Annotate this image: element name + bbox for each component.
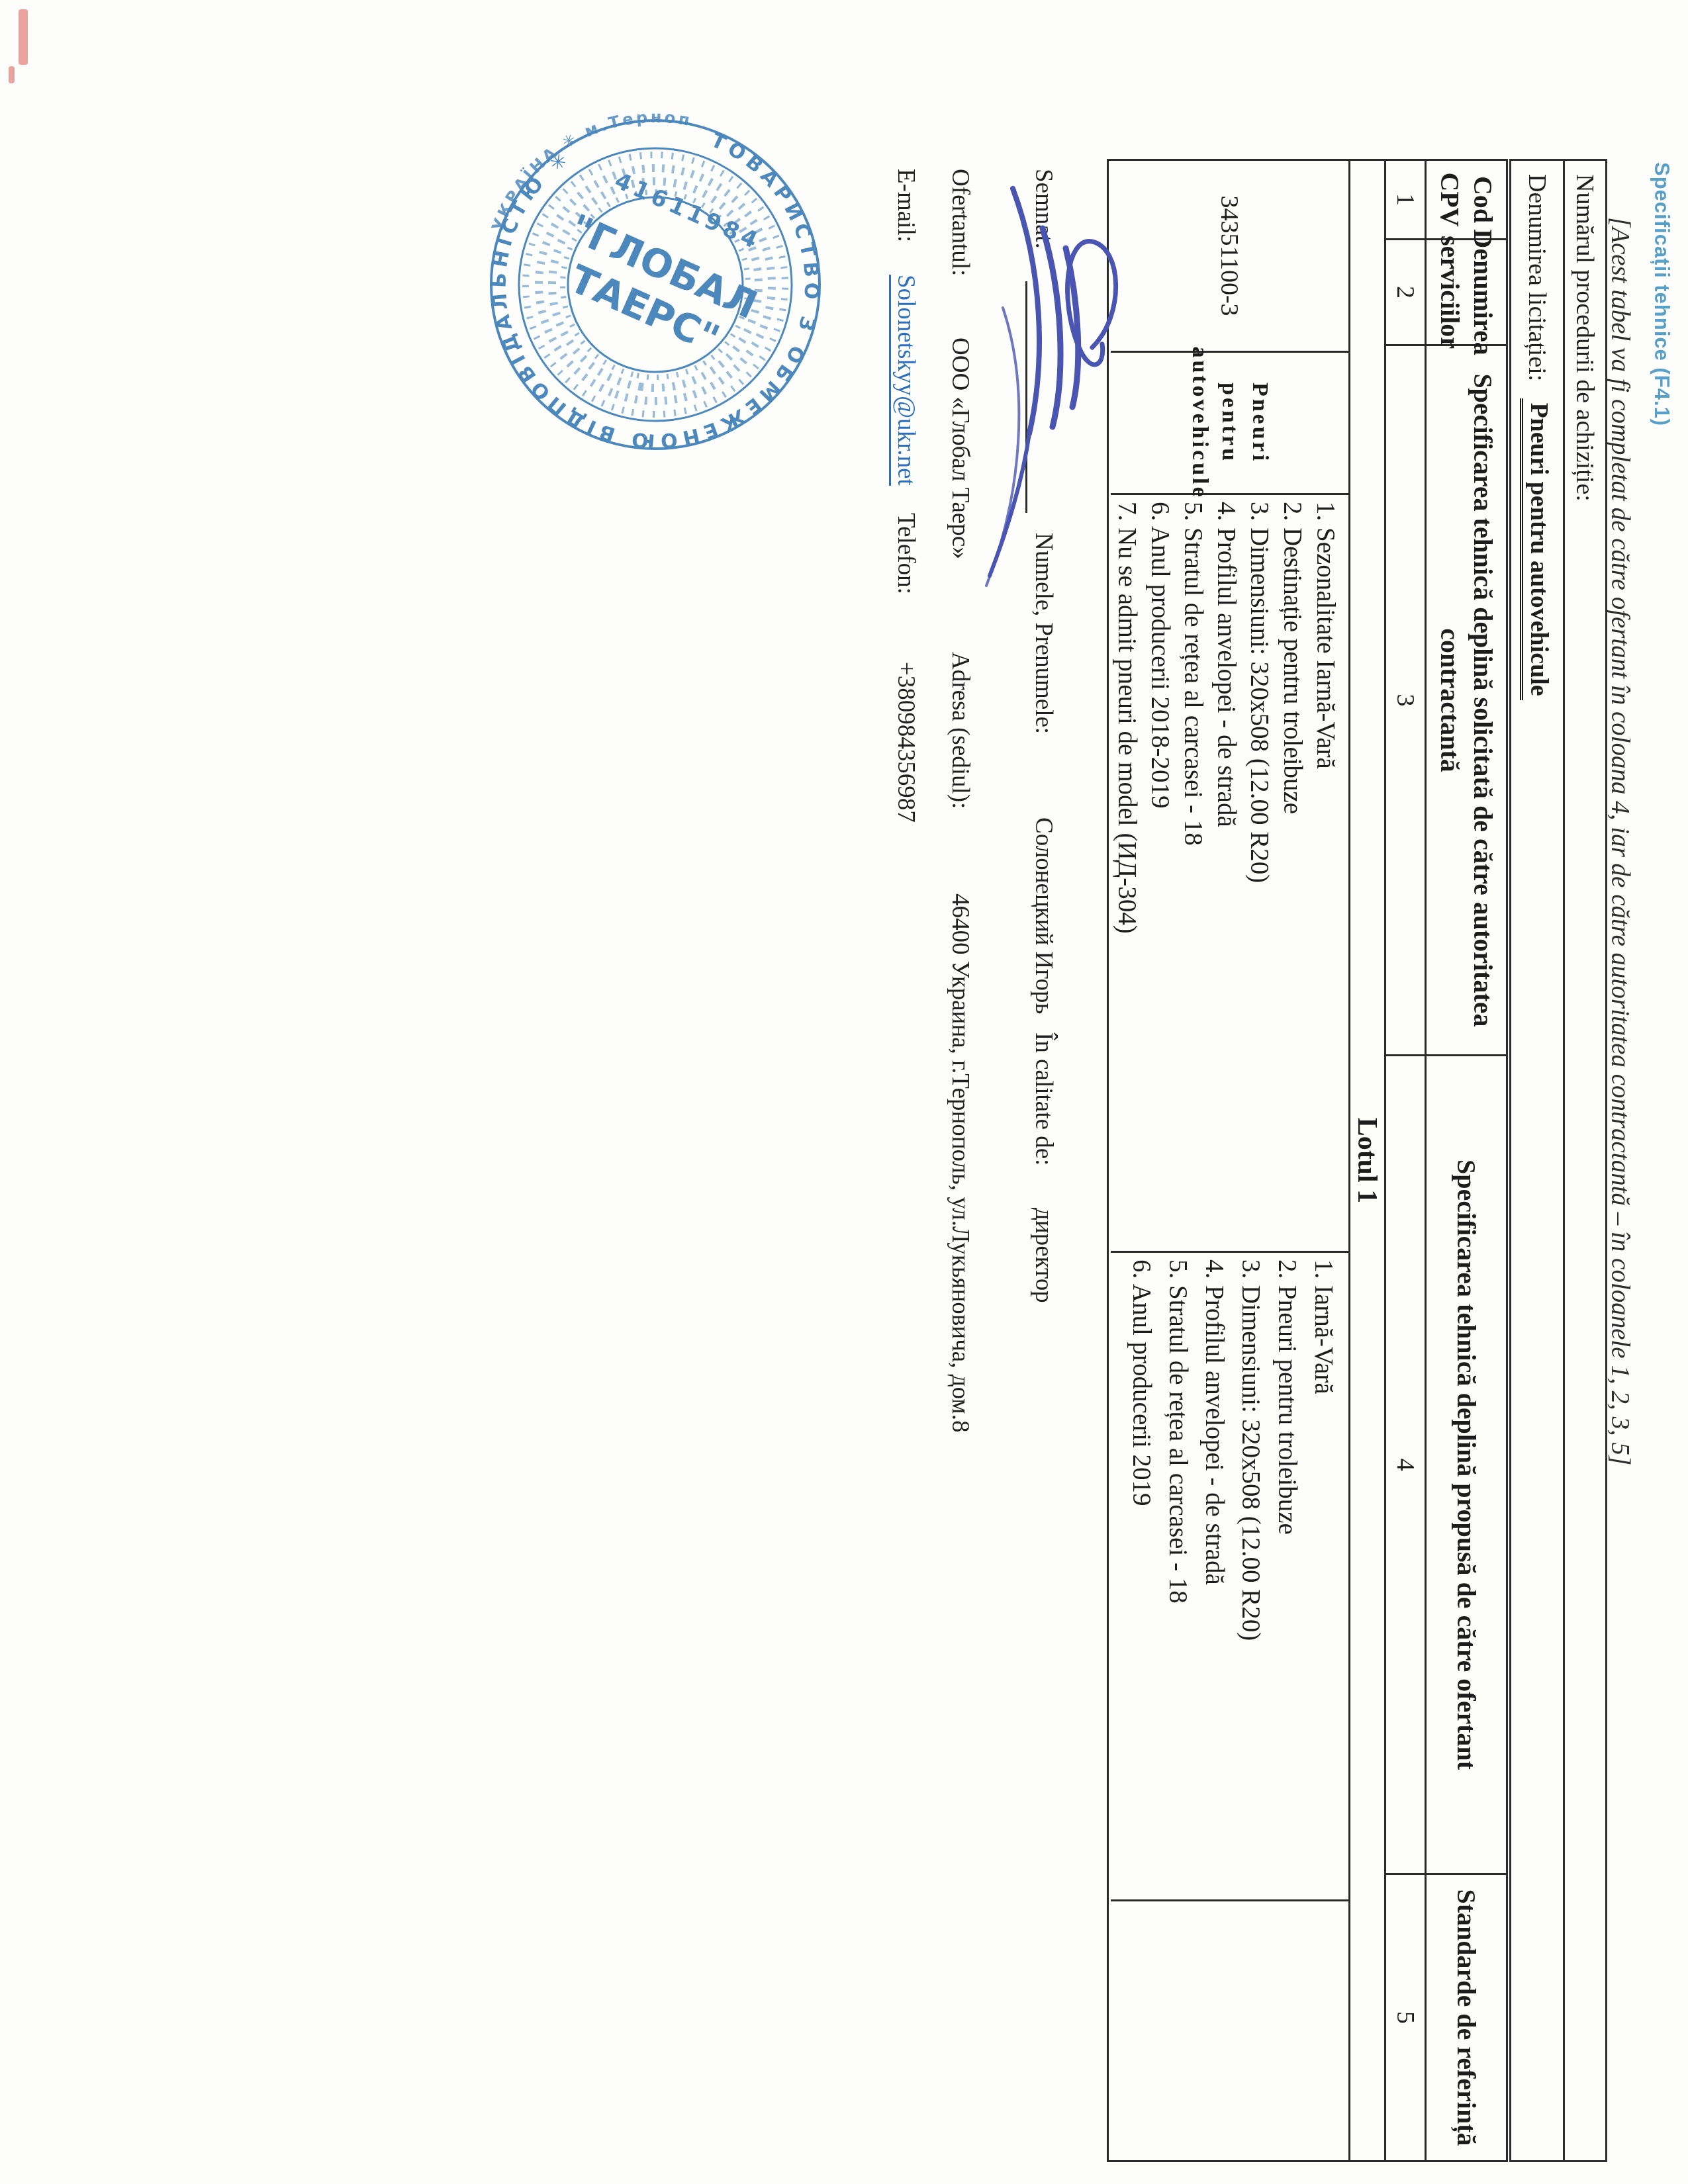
requested-spec-item: 4. Profilul anvelopei - de stradă xyxy=(1209,502,1243,827)
offered-spec-item: 5. Stratul de rețea al carcasei - 18 xyxy=(1160,1259,1196,1604)
phone-value: +380984356987 xyxy=(892,662,920,823)
name-value: Солонецкий Игорь xyxy=(1029,817,1058,1014)
service-name-line2: autovehicule xyxy=(1184,346,1215,499)
capacity-value: директор xyxy=(1029,1208,1058,1303)
requested-spec-item: 2. Destinație pentru troleibuze xyxy=(1276,502,1309,814)
standards-cell xyxy=(1111,1901,1348,2160)
header-standards: Standarde de referință xyxy=(1427,1875,1506,2160)
offered-spec-item: 4. Profilul anvelopei - de stradă xyxy=(1196,1259,1233,1585)
spec-table: Cod CPV Denumirea serviciilor Specificar… xyxy=(1107,159,1508,2162)
scan-artifact xyxy=(9,66,15,83)
procedure-box: Numărul procedurii de achiziție: Denumir… xyxy=(1509,159,1607,2162)
header-service: Denumirea serviciilor xyxy=(1427,240,1506,346)
lot-row: Lotul 1 xyxy=(1348,161,1384,2160)
col-number-1: 1 xyxy=(1386,161,1425,240)
requested-spec-item: 6. Anul producerii 2018-2019 xyxy=(1143,502,1176,809)
address-value: 46400 Украина, г.Тернополь, ул.Лукьянови… xyxy=(946,893,974,1432)
col-number-3: 3 xyxy=(1386,346,1425,1056)
procedure-number-row: Numărul procedurii de achiziție: xyxy=(1563,161,1605,2160)
offered-spec-item: 2. Pneuri pentru troleibuze xyxy=(1269,1259,1305,1535)
scanned-page: { "page": { "title": "Specificații tehni… xyxy=(0,0,1688,2184)
offered-spec-item: 1. Iarnă-Vară xyxy=(1305,1259,1342,1394)
procedure-number-label: Numărul procedurii de achiziție: xyxy=(1571,174,1600,502)
data-row: 34351100-3 Pneuri pentru autovehicule 1.… xyxy=(1111,161,1348,2160)
handwritten-signature xyxy=(976,149,1129,599)
offered-specs-cell: 1. Iarnă-Vară 2. Pneuri pentru troleibuz… xyxy=(1111,1253,1348,1901)
offered-spec-item: 3. Dimensiuni: 320x508 (12.00 R20) xyxy=(1233,1259,1269,1641)
email-link: Solonetskyy@ukr.net xyxy=(889,275,920,486)
service-name-line1: Pneuri pentru xyxy=(1215,346,1276,499)
column-numbers-row: 1 2 3 4 5 xyxy=(1384,161,1425,2160)
phone-label: Telefon: xyxy=(892,513,920,594)
header-offered: Specificarea tehnică deplină propusă de … xyxy=(1427,1056,1506,1875)
header-requested: Specificarea tehnică deplină solicitată … xyxy=(1427,346,1506,1056)
scan-artifact xyxy=(19,9,28,65)
service-name-cell: Pneuri pentru autovehicule xyxy=(1111,353,1348,495)
col-number-4: 4 xyxy=(1386,1056,1425,1875)
address-label: Adresa (sediul): xyxy=(946,652,974,809)
page-title: Specificații tehnice (F4.1) xyxy=(1650,162,1673,426)
offered-spec-item: 6. Anul producerii 2019 xyxy=(1123,1259,1160,1506)
header-cpv: Cod CPV xyxy=(1427,161,1506,240)
col-number-5: 5 xyxy=(1386,1875,1425,2160)
document-sheet: Specificații tehnice (F4.1) [Acest tabel… xyxy=(0,0,1688,2184)
procedure-name-label: Denumirea licitației: xyxy=(1523,174,1552,381)
email-label: E-mail: xyxy=(892,169,920,242)
requested-spec-item: 1. Sezonalitate Iarnă-Vară xyxy=(1309,502,1342,769)
capacity-label: În calitate de: xyxy=(1029,1032,1058,1165)
procedure-name-row: Denumirea licitației: Pneuri pentru auto… xyxy=(1513,161,1561,2160)
lot-label: Lotul 1 xyxy=(1350,161,1384,2160)
col-number-2: 2 xyxy=(1386,240,1425,346)
procedure-name-value: Pneuri pentru autovehicule xyxy=(1521,398,1554,700)
offerer-value: ООО «Глобал Таерс» xyxy=(946,338,974,559)
requested-spec-item: 3. Dimensiuni: 320x508 (12.00 R20) xyxy=(1243,502,1276,883)
cpv-code-cell: 34351100-3 xyxy=(1111,161,1348,353)
completion-note: [Acest tabel va fi completat de către of… xyxy=(1605,217,1635,2163)
table-header-row: Cod CPV Denumirea serviciilor Specificar… xyxy=(1425,161,1506,2160)
offerer-label: Ofertantul: xyxy=(946,169,974,276)
requested-spec-item: 5. Stratul de rețea al carcasei - 18 xyxy=(1176,502,1209,846)
company-stamp: ТОВАРИСТВО З ОБМЕЖЕНОЮ ВІДПОВІДАЛЬНІСТЮ … xyxy=(483,113,827,457)
requested-specs-cell: 1. Sezonalitate Iarnă-Vară 2. Destinație… xyxy=(1111,495,1348,1253)
